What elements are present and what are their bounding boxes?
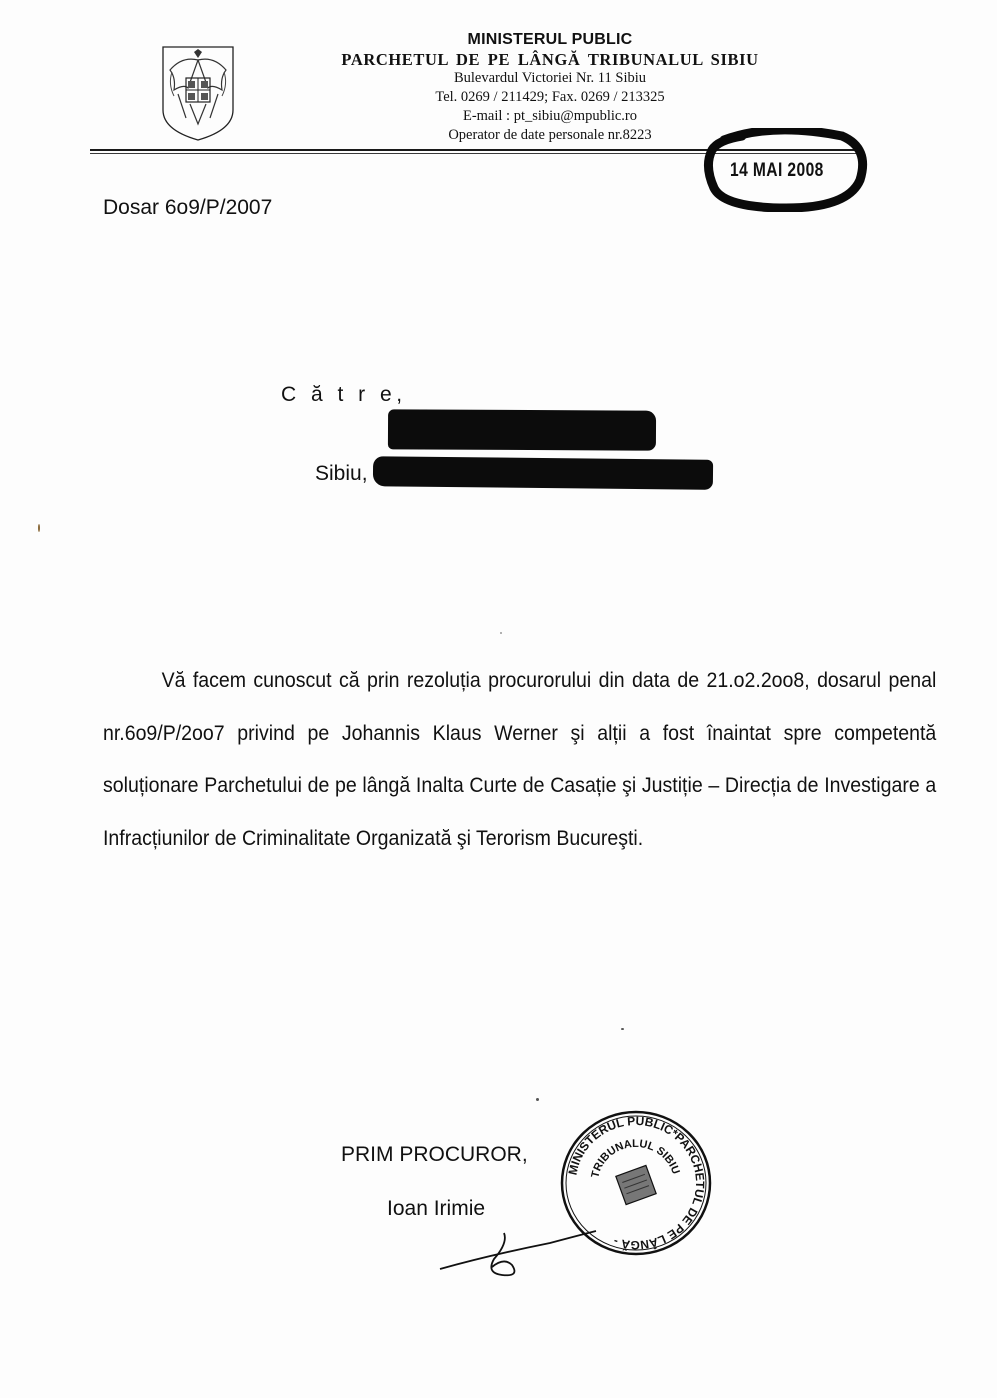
recipient-city: Sibiu, xyxy=(315,462,368,486)
redacted-recipient-name xyxy=(388,409,656,450)
scan-speck xyxy=(38,524,40,532)
redacted-recipient-address xyxy=(373,456,713,490)
signatory-title: PRIM PROCUROR, xyxy=(341,1143,528,1167)
letter-body: Vă facem cunoscut că prin rezoluția proc… xyxy=(103,655,936,865)
institution-name: MINISTERUL PUBLIC xyxy=(300,30,800,50)
official-seal-icon: MINISTERUL PUBLIC*PARCHETUL DE PE LÂNGĂ … xyxy=(558,1108,714,1258)
romanian-coat-of-arms-icon xyxy=(160,44,236,142)
office-name: PARCHETUL DE PE LÂNGĂ TRIBUNALUL SIBIU xyxy=(300,50,800,69)
office-phone-fax: Tel. 0269 / 211429; Fax. 0269 / 213325 xyxy=(300,88,800,107)
document-page: MINISTERUL PUBLIC PARCHETUL DE PE LÂNGĂ … xyxy=(0,0,997,1398)
office-email: E-mail : pt_sibiu@mpublic.ro xyxy=(300,107,800,126)
letter-body-text: Vă facem cunoscut că prin rezoluția proc… xyxy=(103,669,936,850)
scan-speck xyxy=(536,1098,539,1101)
scan-speck xyxy=(500,632,502,634)
signatory-name: Ioan Irimie xyxy=(387,1197,485,1221)
recipient-salutation: C ă t r e, xyxy=(281,383,407,407)
office-address: Bulevardul Victoriei Nr. 11 Sibiu xyxy=(300,69,800,88)
date-stamp: 14 MAI 2008 xyxy=(730,160,824,182)
file-number: Dosar 6o9/P/2007 xyxy=(103,196,272,220)
scan-speck xyxy=(621,1028,624,1030)
